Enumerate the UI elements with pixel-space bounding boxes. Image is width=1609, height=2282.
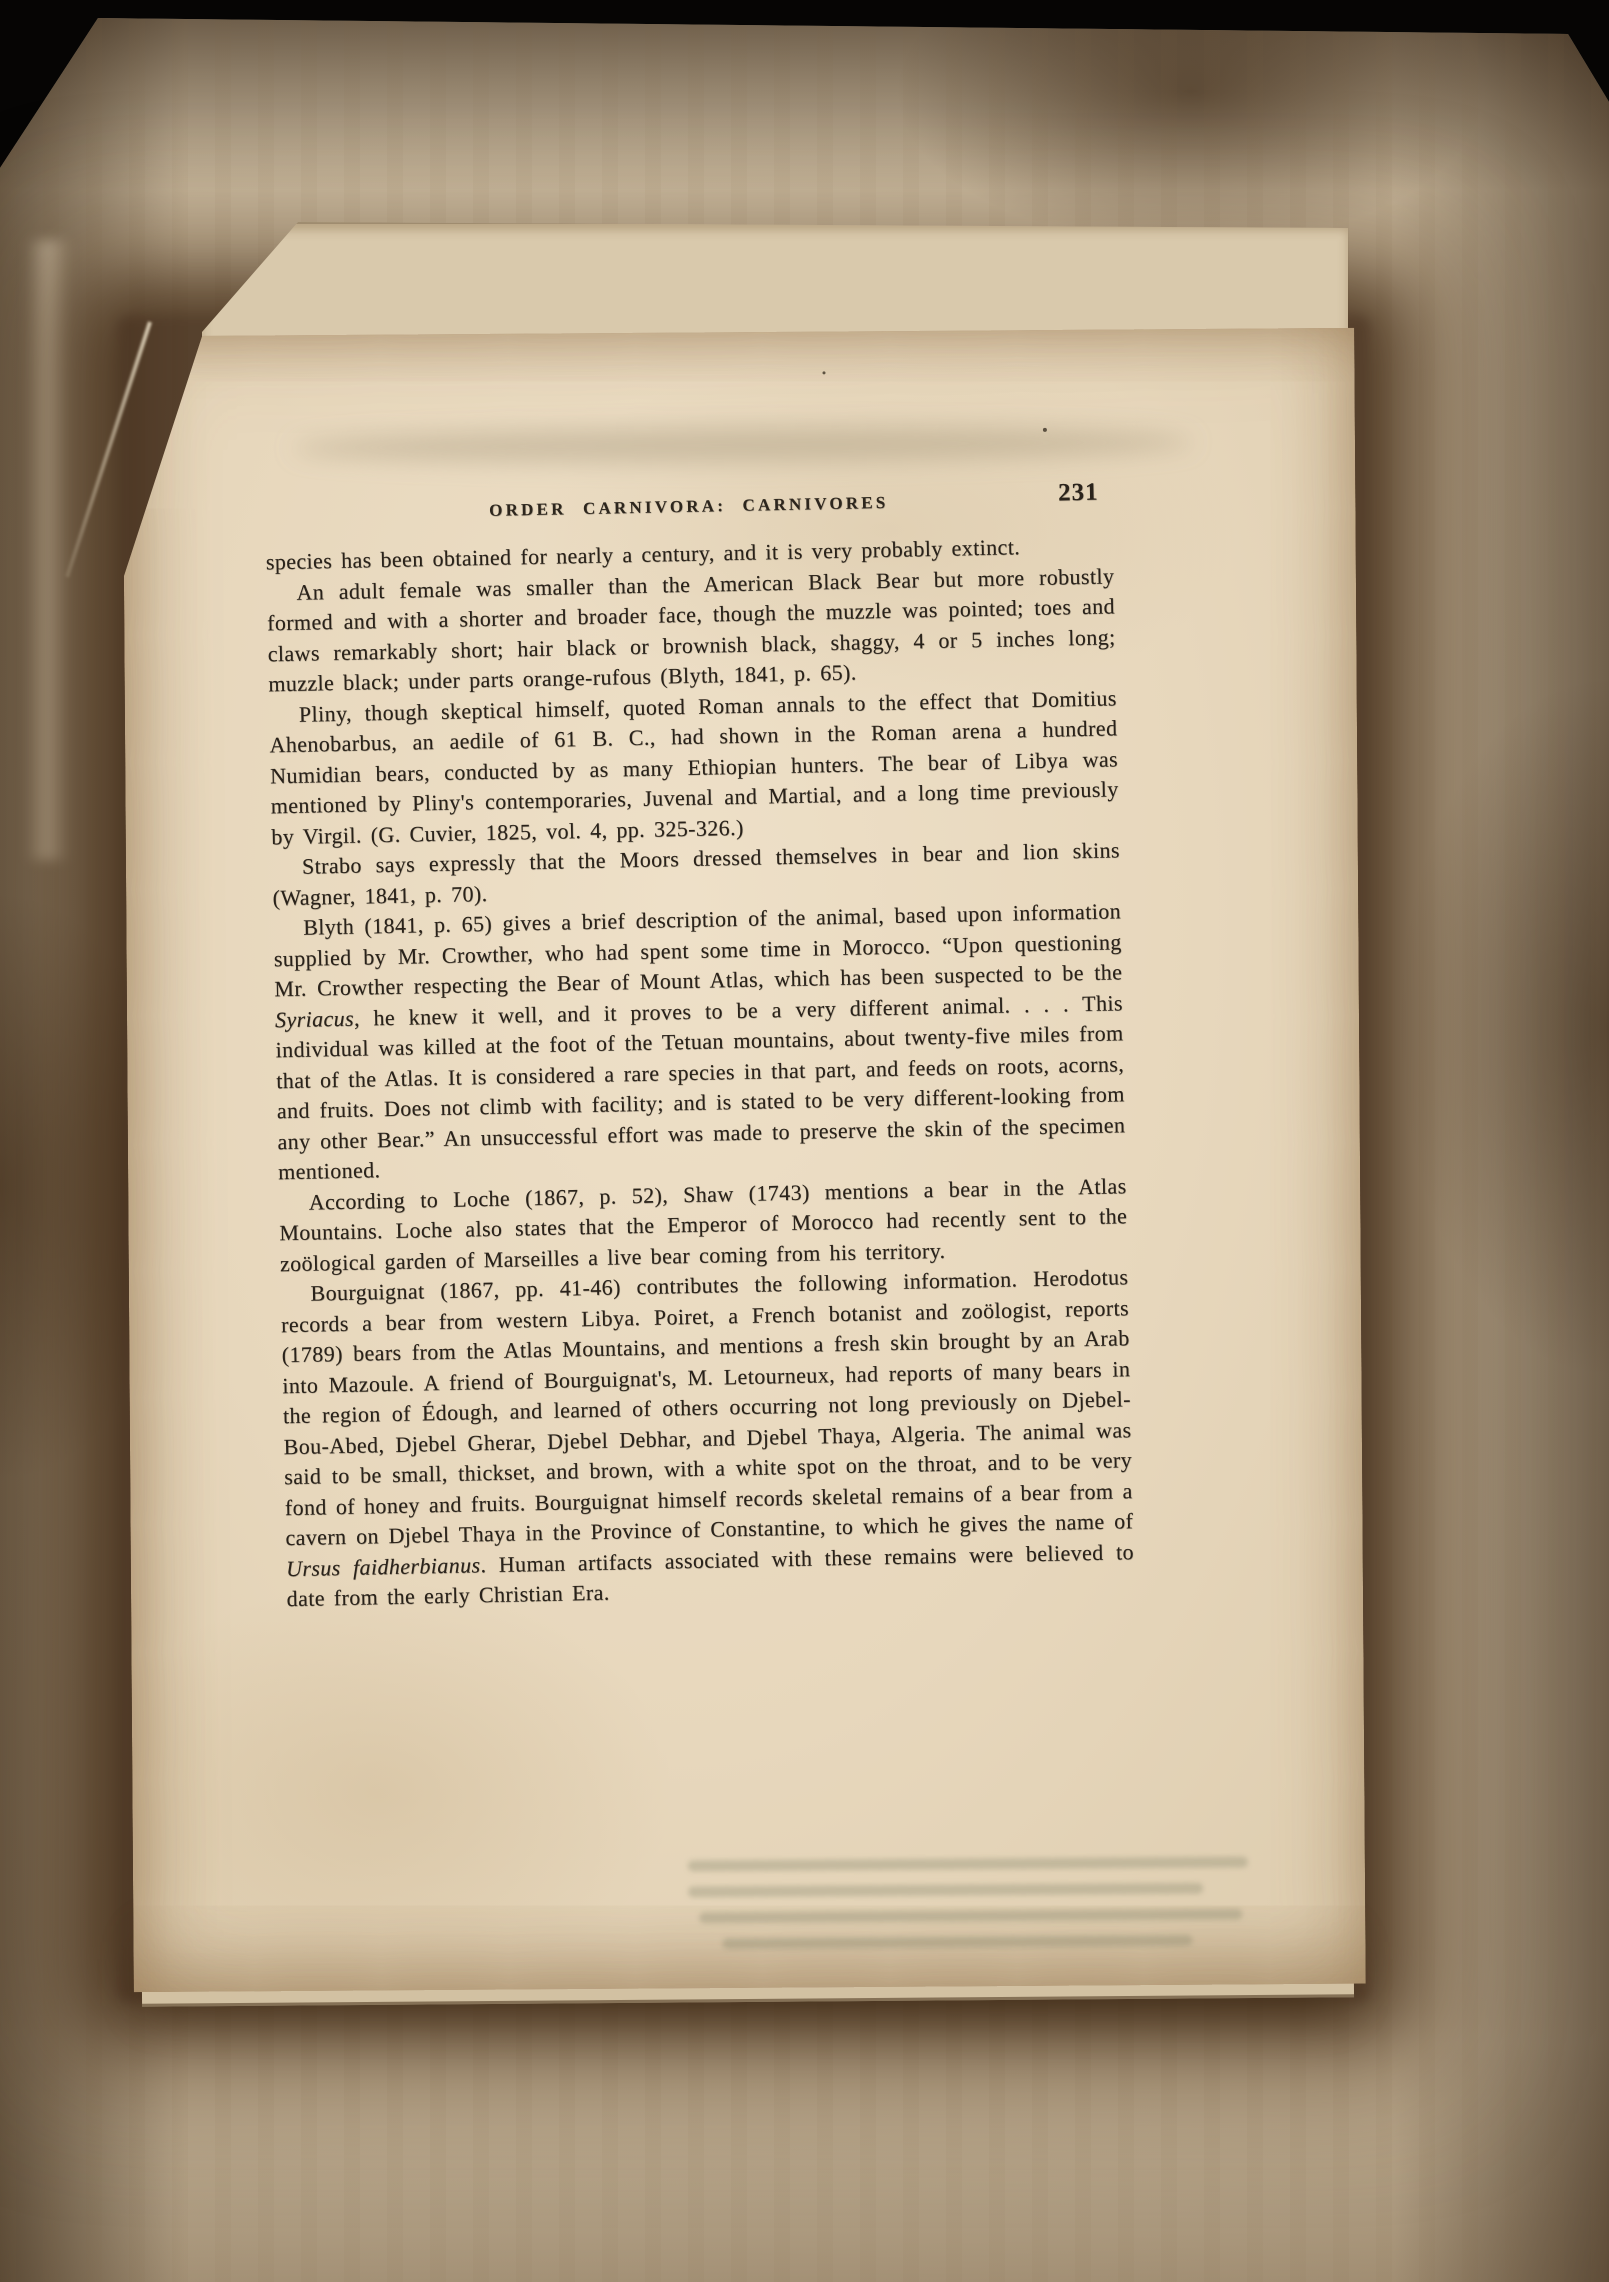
ink-smudge [293, 425, 1193, 465]
paragraph: Pliny, though skeptical himself, quoted … [269, 683, 1120, 852]
dust-speck [822, 371, 825, 374]
ghost-text-line [699, 1909, 1242, 1924]
book-page: ORDER CARNIVORA: CARNIVORES 231 species … [122, 328, 1366, 1993]
page-number: 231 [1058, 479, 1099, 508]
dust-speck [1043, 428, 1047, 432]
running-title: ORDER CARNIVORA: CARNIVORES [265, 488, 1113, 525]
body-text: species has been obtained for nearly a c… [266, 530, 1135, 1614]
ghost-text-smudge [688, 1856, 1249, 1964]
ghost-text-line [688, 1856, 1248, 1871]
paragraph: Bourguignat (1867, pp. 41-46) contribute… [280, 1262, 1135, 1614]
ghost-text-line [722, 1935, 1192, 1949]
paragraph: Blyth (1841, p. 65) gives a brief descri… [273, 896, 1126, 1187]
paragraph: An adult female was smaller than the Ame… [266, 561, 1116, 700]
sheet-edge-highlight [26, 240, 72, 860]
text-block: ORDER CARNIVORA: CARNIVORES 231 species … [265, 488, 1135, 1614]
ghost-text-line [688, 1883, 1203, 1898]
paragraph: According to Loche (1867, p. 52), Shaw (… [278, 1171, 1128, 1280]
photo-background: ORDER CARNIVORA: CARNIVORES 231 species … [0, 0, 1609, 2282]
page-header: ORDER CARNIVORA: CARNIVORES 231 [265, 488, 1113, 531]
